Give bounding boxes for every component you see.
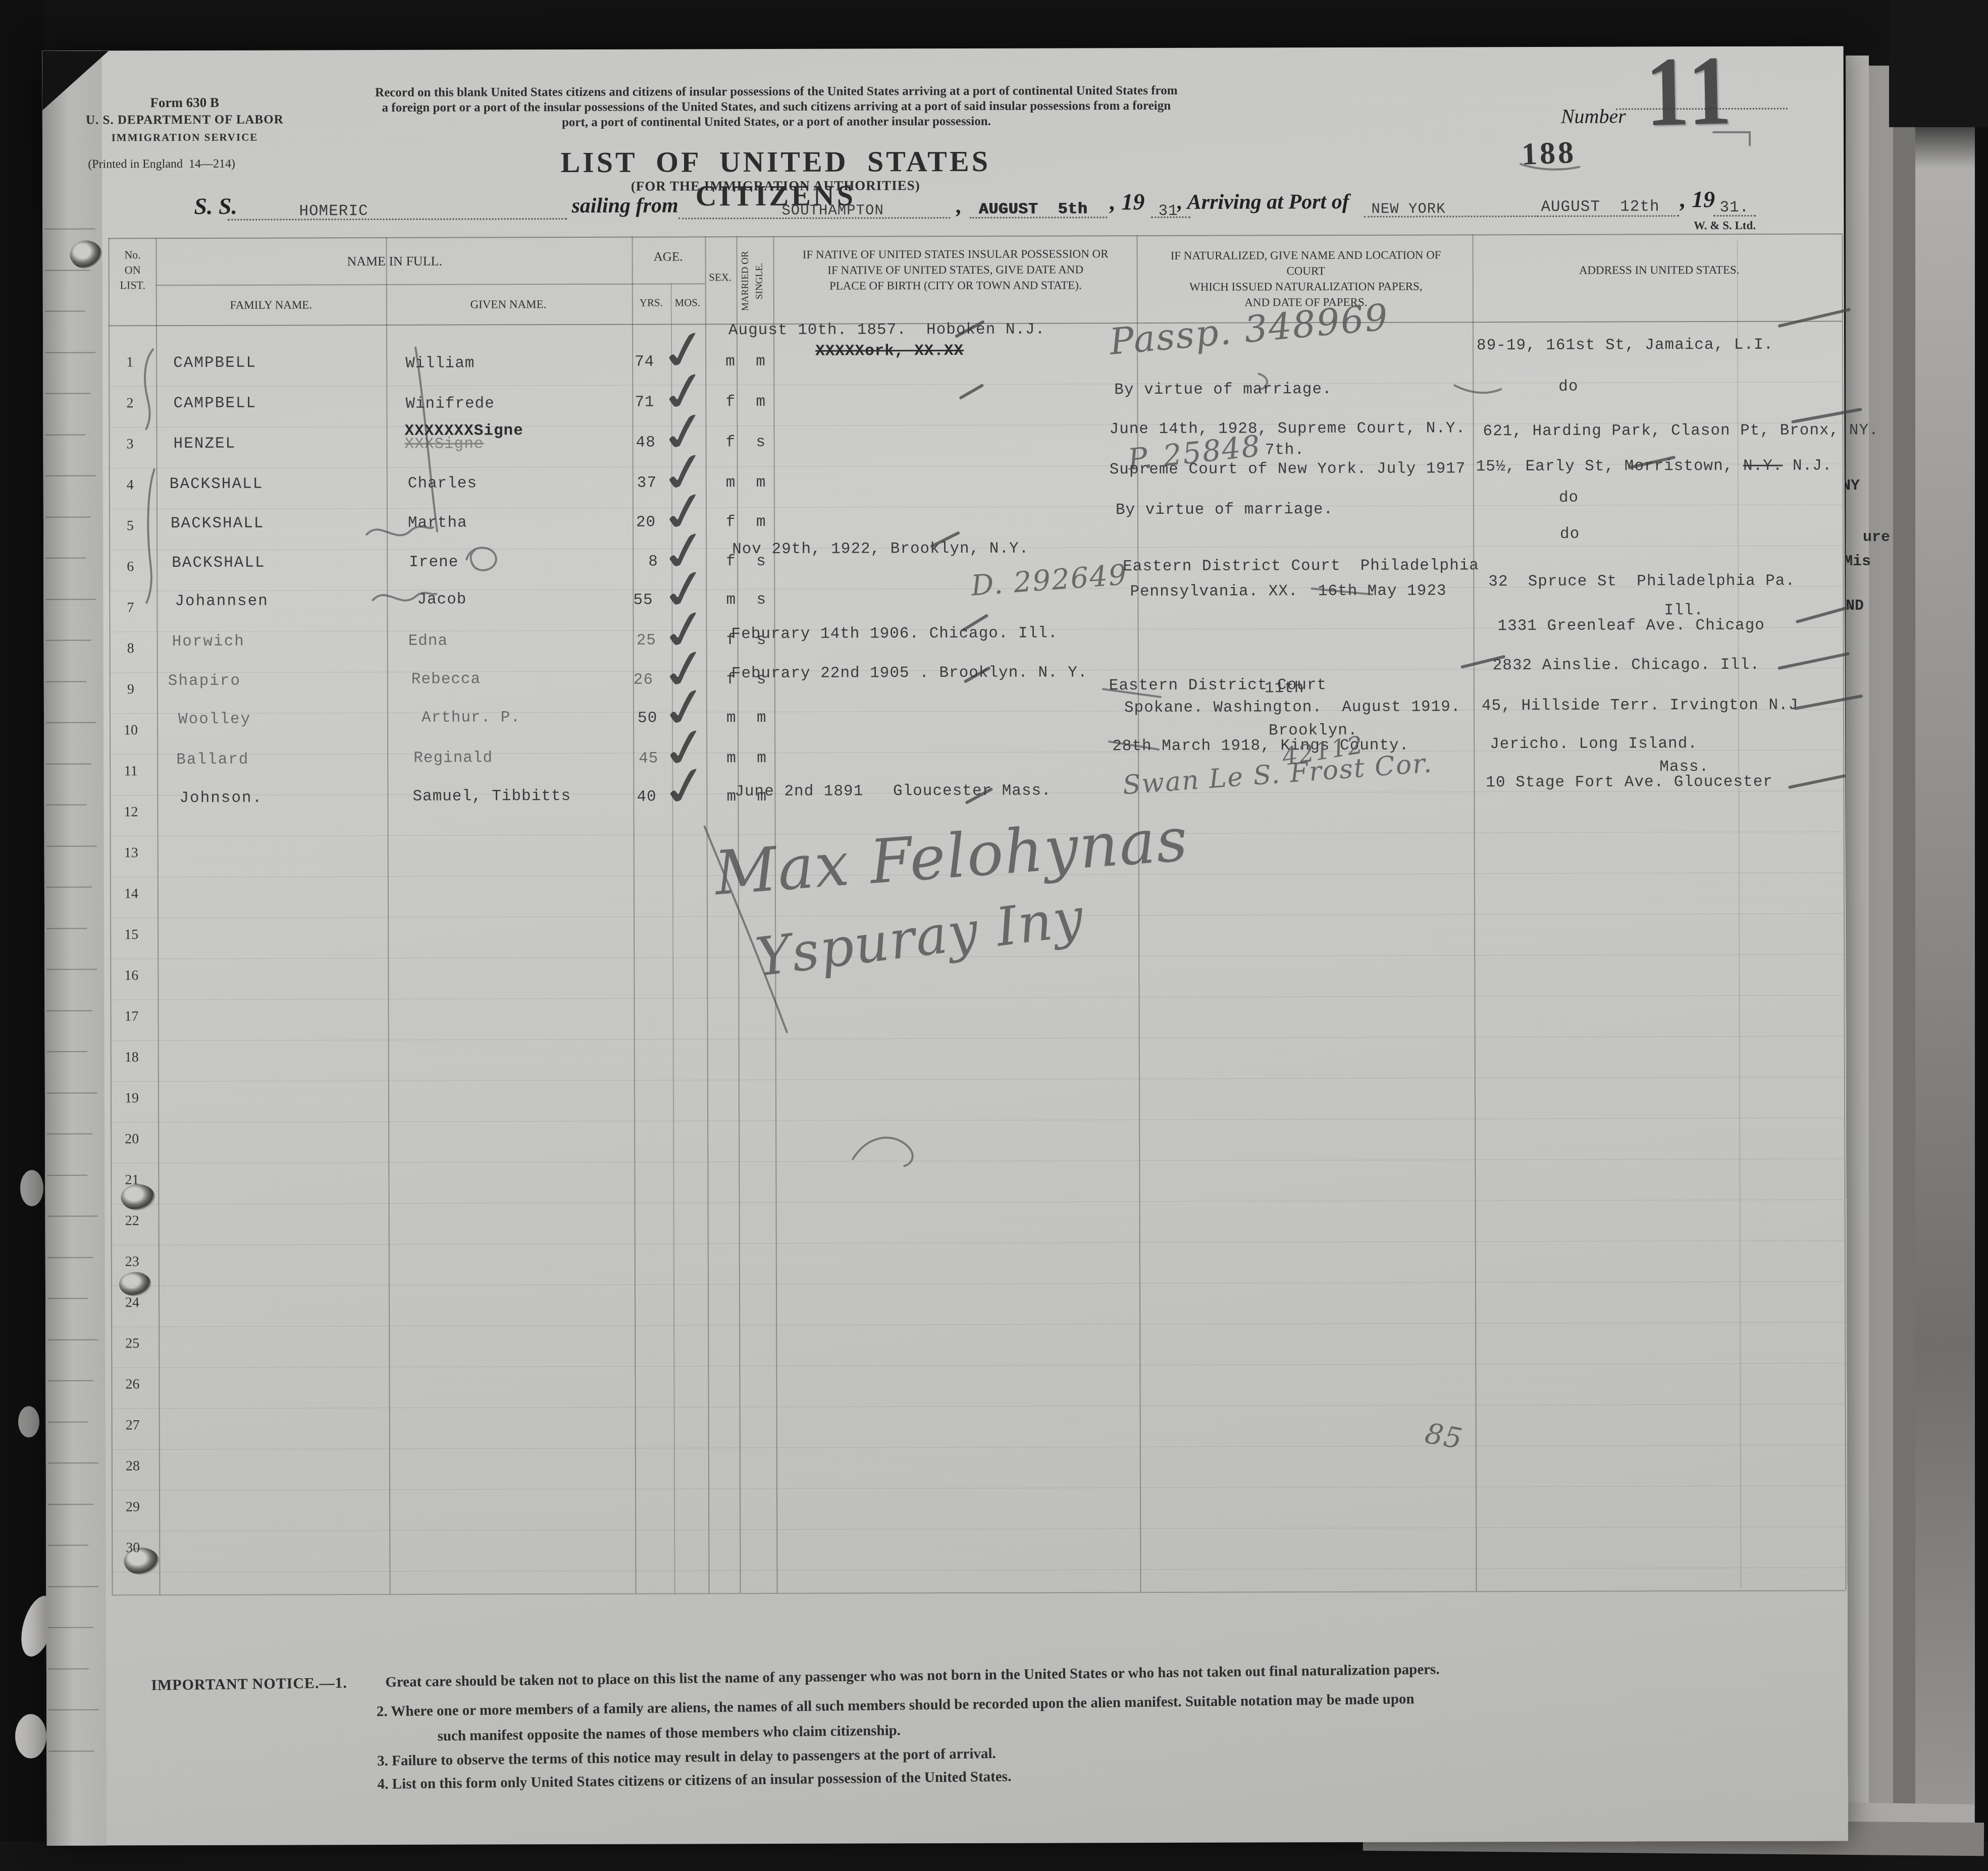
given-name row-6: Irene — [409, 554, 458, 571]
row-number: 13 — [112, 845, 150, 861]
sliver-rule-36 — [48, 1709, 99, 1710]
given-name row-2: Winifrede — [405, 395, 495, 412]
address-entry row-9: 2832 Ainslie. Chicago. Ill. — [1493, 656, 1760, 674]
family-name row-6: BACKSHALL — [172, 554, 266, 572]
court-entry row-4: 7th. — [1265, 441, 1305, 459]
sex-value row-7: m — [726, 591, 736, 609]
sliver-rule-1 — [45, 270, 90, 271]
address-entry row-12: 10 Stage Fort Ave. Gloucester — [1486, 773, 1773, 791]
sail-year: 31 — [1158, 202, 1178, 220]
year-19-arrive: , 19 — [1680, 186, 1715, 212]
age-years row-7: 55 — [633, 592, 653, 609]
row-number: 10 — [112, 722, 150, 738]
col-header-court: IF NATURALIZED, GIVE NAME AND LOCATION O… — [1154, 247, 1458, 310]
row-number: 24 — [113, 1295, 151, 1311]
year-19-sail: , 19 — [1110, 188, 1144, 215]
sliver-rule-2 — [45, 311, 85, 312]
penciled-85: 85 — [1423, 1417, 1466, 1456]
sliver-rule-30 — [48, 1462, 98, 1463]
sex-value row-2: f — [725, 393, 736, 411]
sliver-rule-35 — [48, 1668, 89, 1669]
family-name row-12: Johnson. — [179, 789, 263, 807]
given-name row-12: Samuel, Tibbitts — [412, 787, 571, 806]
family-name row-2: CAMPBELL — [173, 395, 256, 412]
marital-value row-7: s — [756, 591, 766, 609]
sliver-rule-34 — [48, 1627, 94, 1628]
col-header-family: FAMILY NAME. — [200, 298, 342, 312]
age-years row-10: 50 — [638, 710, 657, 727]
form-number: Form 630 B — [104, 95, 266, 111]
address-entry row-6: do — [1560, 525, 1580, 543]
row-number: 20 — [113, 1131, 151, 1147]
address-entry row-8: 1331 Greenleaf Ave. Chicago — [1497, 617, 1764, 635]
col-header-mos: MOS. — [671, 296, 704, 309]
col-header-no: No. ON LIST. — [111, 247, 155, 293]
marital-value row-10: m — [757, 709, 767, 727]
row-number: 5 — [111, 518, 149, 534]
sliver-rule-11 — [46, 681, 86, 682]
sliver-rule-23 — [47, 1174, 87, 1175]
sliver-rule-3 — [45, 352, 95, 353]
sliver-rule-29 — [48, 1421, 88, 1422]
birth-entry row-12: June 2nd 1891 Gloucester Mass. — [735, 782, 1051, 801]
punch-hole-1 — [70, 240, 102, 269]
sliver-rule-10 — [46, 639, 91, 640]
sliver-rule-26 — [47, 1298, 88, 1299]
record-note: Record on this blank United States citiz… — [373, 83, 1180, 131]
sailing-from-label: sailing from — [571, 193, 678, 218]
text-segment: 15½, Early St, Morristown, — [1476, 457, 1743, 475]
sliver-rule-0 — [44, 228, 95, 229]
given-name row-9: Rebecca — [411, 670, 481, 688]
row-number: 2 — [111, 395, 149, 411]
marital-value row-5: m — [756, 513, 766, 531]
sliver-rule-8 — [45, 558, 86, 559]
family-name row-3: HENZEL — [174, 435, 236, 453]
row-number: 25 — [113, 1335, 151, 1352]
family-name row-1: CAMPBELL — [173, 354, 256, 372]
arrive-year: 31. — [1719, 199, 1749, 217]
col-header-yrs: YRS. — [633, 296, 670, 309]
scanned-manifest-photo: NY Y ure L Mis ND Form 630 B U. S. DEPAR… — [0, 0, 1988, 1871]
birth-entry row-1: August 10th. 1857. Hoboken N.J. — [728, 321, 1045, 340]
age-years row-2: 71 — [635, 394, 654, 411]
court-entry row-5: By virtue of marriage. — [1116, 501, 1333, 519]
notice-heading: IMPORTANT NOTICE.—1. — [151, 1674, 383, 1694]
address-entry row-4: 15½, Early St, Morristown, N.Y. N.J. — [1476, 457, 1833, 475]
sliver-rule-6 — [45, 475, 96, 476]
row-number: 16 — [112, 968, 150, 984]
row-number: 12 — [112, 804, 150, 820]
sliver-rule-37 — [48, 1750, 94, 1751]
given-name row-5: Martha — [408, 514, 467, 532]
family-name row-5: BACKSHALL — [171, 515, 265, 532]
sliver-rule-12 — [46, 722, 96, 723]
row-number: 22 — [113, 1213, 151, 1229]
sliver-rule-25 — [47, 1257, 93, 1258]
sliver-rule-33 — [48, 1586, 99, 1587]
col-header-married-single: MARRIED OR SINGLE. — [739, 240, 772, 323]
birth-entry row-6: Nov 29th, 1922, Brooklyn, N.Y. — [732, 540, 1029, 559]
row-number: 17 — [113, 1008, 151, 1025]
sex-value row-1: m — [725, 353, 736, 370]
given-name row-8: Edna — [408, 632, 448, 650]
row-number: 14 — [112, 886, 150, 902]
row-number: 6 — [111, 559, 149, 575]
sliver-rule-5 — [45, 434, 86, 435]
row-number: 7 — [111, 600, 149, 616]
sliver-rule-27 — [47, 1339, 98, 1340]
row-number: 18 — [113, 1049, 151, 1065]
sliver-rule-14 — [46, 805, 86, 806]
given-name row-4: Charles — [408, 474, 477, 492]
given-name row-10: Arthur. P. — [422, 709, 520, 727]
col-header-sex: SEX. — [704, 271, 737, 284]
birth-entry row-8: Feburary 14th 1906. Chicago. Ill. — [731, 624, 1058, 643]
row-number: 23 — [113, 1254, 151, 1270]
row-number: 19 — [113, 1090, 151, 1106]
age-years row-1: 74 — [635, 353, 654, 371]
sliver-rule-31 — [48, 1504, 93, 1505]
sliver-rule-21 — [47, 1092, 97, 1093]
family-name row-7: Johannsen — [175, 593, 269, 610]
sliver-rule-4 — [45, 393, 90, 394]
struck-text: XXXXXork, XX.XX — [815, 342, 964, 360]
row-number: 4 — [111, 477, 149, 493]
col-header-birth: IF NATIVE OF UNITED STATES INSULAR POSSE… — [785, 246, 1126, 294]
row-number: 15 — [112, 927, 150, 943]
sliver-rule-9 — [45, 599, 96, 600]
underlying-ruled-page-edge — [42, 50, 107, 1845]
sliver-rule-32 — [48, 1545, 88, 1546]
address-entry row-5: do — [1559, 489, 1579, 507]
marital-value row-3: s — [756, 434, 766, 451]
page-subtitle: (FOR THE IMMIGRATION AUTHORITIES) — [573, 178, 977, 194]
address-entry row-1: 89-19, 161st St, Jamaica, L.I. — [1477, 336, 1773, 355]
manifest-page: Form 630 B U. S. DEPARTMENT OF LABOR IMM… — [0, 0, 1988, 1871]
marital-value row-4: m — [756, 474, 766, 492]
given-name row-1: William — [405, 355, 475, 372]
service-name: IMMIGRATION SERVICE — [74, 131, 296, 144]
row-number: 30 — [114, 1540, 152, 1556]
birth-entry row-1: XXXXXork, XX.XX — [815, 342, 964, 360]
sex-value row-5: f — [726, 513, 736, 531]
col-header-given: GIVEN NAME. — [438, 298, 579, 311]
given-name row-11: Reginald — [413, 749, 493, 767]
sliver-rule-22 — [47, 1133, 92, 1134]
address-entry row-3: 621, Harding Park, Clason Pt, Bronx, NY. — [1483, 421, 1878, 440]
family-name row-4: BACKSHALL — [170, 475, 264, 493]
arriving-label: , Arriving at Port of — [1177, 190, 1349, 215]
punch-hole-3 — [119, 1272, 151, 1296]
row-number: 11 — [112, 763, 150, 779]
given-name row-7: Jacob — [417, 591, 466, 609]
struck-text: XXXSigne — [405, 435, 484, 453]
sex-value row-10: m — [726, 709, 737, 727]
family-name row-11: Ballard — [176, 751, 249, 769]
court-entry row-3: June 14th, 1928, Supreme Court, N.Y. — [1109, 419, 1466, 438]
court-entry row-4: Supreme Court of New York. July 1917 — [1110, 460, 1466, 478]
col-header-name-full: NAME IN FULL. — [281, 253, 508, 269]
port-to: NEW YORK — [1371, 200, 1445, 217]
sliver-rule-15 — [46, 845, 97, 846]
marital-value row-2: m — [756, 393, 766, 411]
ss-label: S. S. — [194, 193, 237, 220]
address-entry row-10: 45, Hillside Terr. Irvington N.J — [1482, 697, 1798, 715]
printed-in-england: (Printed in England 14—214) — [88, 157, 235, 172]
marital-value row-1: m — [756, 353, 766, 370]
row-number: 26 — [113, 1376, 151, 1393]
sail-date: AUGUST 5th — [978, 200, 1087, 219]
address-entry row-11: Jericho. Long Island. — [1490, 735, 1698, 753]
sliver-rule-18 — [46, 969, 97, 970]
row-number: 29 — [114, 1499, 152, 1515]
age-years row-9: 26 — [634, 671, 653, 689]
sex-value row-3: f — [726, 434, 736, 451]
court-entry row-10: Spokane. Washington. August 1919. — [1124, 698, 1461, 717]
family-name row-8: Horwich — [172, 633, 245, 651]
ship-name: HOMERIC — [299, 202, 368, 220]
sliver-rule-24 — [47, 1215, 98, 1216]
family-name row-10: Woolley — [178, 711, 251, 728]
arrive-date: AUGUST 12th — [1541, 198, 1659, 216]
row-number: 27 — [114, 1417, 152, 1433]
sliver-rule-19 — [47, 1010, 92, 1011]
row-number: 21 — [113, 1172, 151, 1188]
col-header-address: ADDRESS IN UNITED STATES. — [1513, 263, 1806, 278]
sliver-rule-7 — [45, 516, 91, 517]
court-entry row-10: 11th — [1265, 679, 1304, 697]
row-number: 28 — [114, 1458, 152, 1474]
sex-value row-4: m — [726, 474, 736, 492]
row-number: 8 — [112, 640, 150, 657]
row-number: 3 — [111, 436, 149, 452]
court-entry row-7: Eastern District Court Philadelphia — [1123, 557, 1479, 575]
department-name: U. S. DEPARTMENT OF LABOR — [74, 113, 296, 127]
text-segment: N.J. — [1783, 457, 1832, 474]
col-header-age: AGE. — [636, 250, 701, 264]
sliver-rule-28 — [47, 1380, 93, 1381]
row-number: 1 — [111, 354, 149, 370]
port-from: SOUTHAMPTON — [781, 202, 884, 219]
printer-mark: W. & S. Ltd. — [1679, 219, 1770, 232]
address-entry row-7: 32 Spruce St Philadelphia Pa. — [1488, 572, 1795, 591]
given-name row-3: XXXSigne — [405, 435, 484, 453]
sheet-number-stamp: 11 — [1645, 33, 1736, 149]
page-number-stamp: 188 — [1521, 135, 1577, 173]
birth-entry row-9: Feburary 22nd 1905 . Brooklyn. N. Y. — [731, 664, 1088, 682]
age-years row-3: 48 — [636, 434, 656, 452]
court-entry row-2: By virtue of marriage. — [1114, 381, 1332, 399]
sex-value row-11: m — [726, 750, 737, 767]
comma-sep: , — [956, 193, 962, 219]
family-name row-9: Shapiro — [168, 672, 241, 690]
row-number: 9 — [112, 681, 150, 698]
sliver-rule-16 — [46, 886, 92, 887]
sliver-rule-17 — [46, 928, 87, 929]
address-entry row-2: do — [1558, 378, 1578, 396]
struck-text: N.Y. — [1743, 457, 1783, 475]
marital-value row-11: m — [757, 750, 767, 767]
sliver-rule-13 — [46, 763, 91, 764]
age-years row-12: 40 — [637, 788, 656, 806]
sliver-rule-20 — [47, 1051, 87, 1052]
court-entry row-7: Pennsylvania. XX. 16th May 1923 — [1130, 582, 1446, 601]
